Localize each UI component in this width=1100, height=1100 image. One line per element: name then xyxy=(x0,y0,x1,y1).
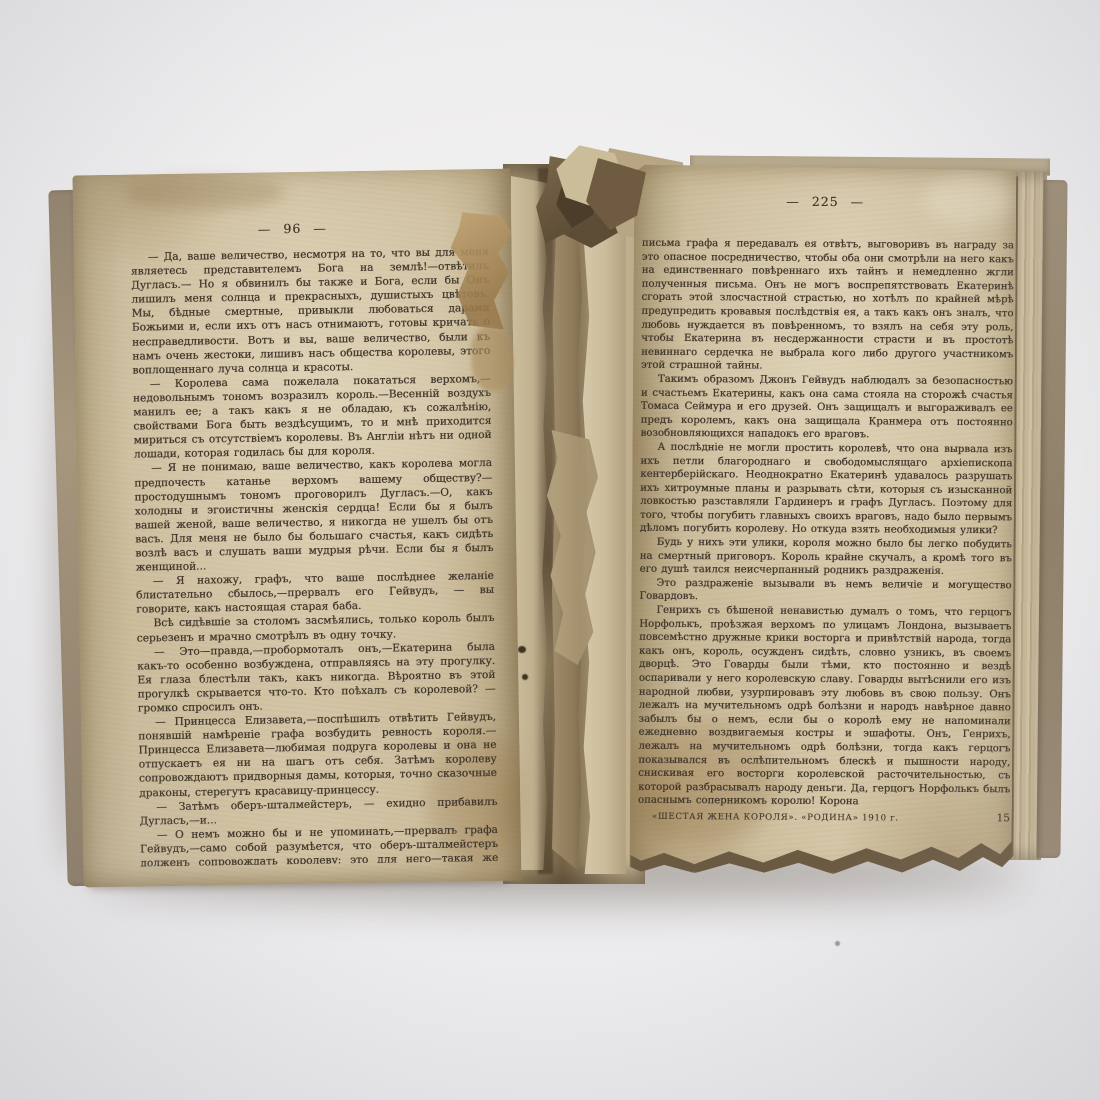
left-page: — 96 — — Да, ваше величество, несмотря н… xyxy=(72,169,521,888)
ink-speck xyxy=(522,674,528,680)
right-page: — 225 — письма графа я передавалъ ея отв… xyxy=(630,165,1017,868)
imprint-text: «ШЕСТАЯ ЖЕНА КОРОЛЯ». «РОДИНА» 1910 г. xyxy=(638,812,899,824)
paragraph: Такимъ образомъ Джонъ Гейвудъ наблюдалъ … xyxy=(641,373,1013,444)
paragraph: — Да, ваше величество, несмотря на то, ч… xyxy=(131,245,491,377)
right-page-text: письма графа я передавалъ ея отвѣтъ, выг… xyxy=(638,237,1014,818)
paragraph: — Это—правда,—пробормоталъ онъ,—Екатерин… xyxy=(137,640,496,716)
paragraph: Будь у нихъ эти улики, короля можно было… xyxy=(640,536,1012,579)
ink-speck xyxy=(518,646,526,653)
paragraph: — О немъ можно бы и не упоминать,—прерва… xyxy=(140,823,499,867)
left-page-content: — 96 — — Да, ваше величество, несмотря н… xyxy=(72,169,521,888)
paragraph: — Королева сама пожелала покататься верх… xyxy=(133,372,492,462)
right-page-footer: «ШЕСТАЯ ЖЕНА КОРОЛЯ». «РОДИНА» 1910 г. 1… xyxy=(638,810,1010,825)
page-signature-number: 15 xyxy=(996,812,1009,824)
book-photo: — 96 — — Да, ваше величество, несмотря н… xyxy=(0,0,1100,1100)
backdrop-speck xyxy=(835,941,840,946)
paragraph: Это раздраженіе вызывали въ немъ величіе… xyxy=(639,577,1011,607)
paragraph: — Я не понимаю, ваше величество, какъ ко… xyxy=(134,456,494,574)
right-page-number: — 225 — xyxy=(634,193,1016,211)
left-page-number: — 96 — xyxy=(73,218,511,240)
paragraph: — Принцесса Елизавета,—поспѣшилъ отвѣтит… xyxy=(138,710,497,800)
paragraph: — Я нахожу, графъ, что ваше послѣднее же… xyxy=(136,569,495,617)
paragraph: письма графа я передавалъ ея отвѣтъ, выг… xyxy=(641,237,1014,376)
left-page-text: — Да, ваше величество, несмотря на то, ч… xyxy=(131,245,499,867)
right-page-content: — 225 — письма графа я передавалъ ея отв… xyxy=(630,165,1017,868)
paragraph: Генрихъ съ бѣшеной ненавистью думалъ о т… xyxy=(638,604,1011,810)
paragraph: А послѣдніе не могли простить королевѣ, … xyxy=(640,441,1013,539)
